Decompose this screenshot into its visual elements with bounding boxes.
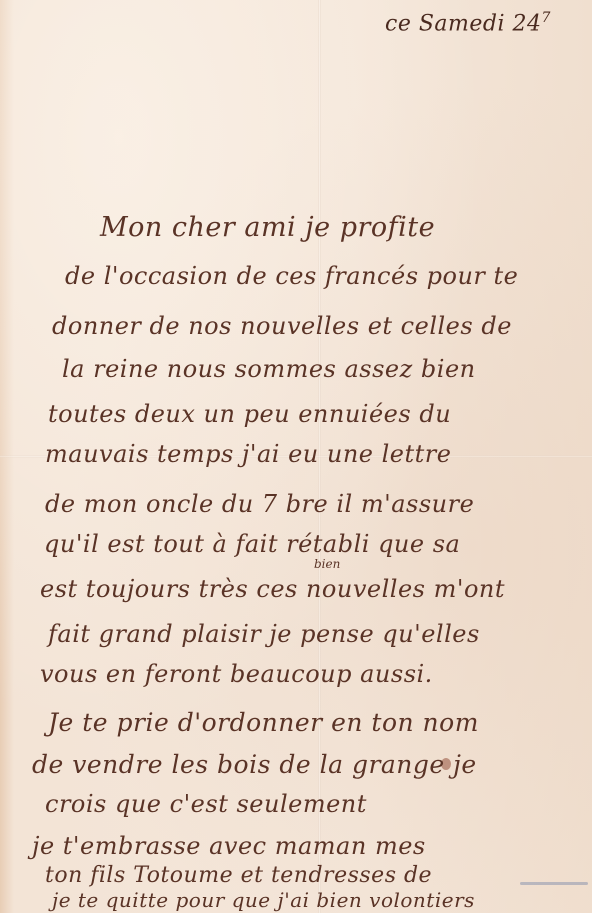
letter-line: fait grand plaisir je pense qu'elles — [48, 620, 480, 648]
interlinear-insertion: bien — [314, 557, 340, 571]
letter-line: la reine nous sommes assez bien — [62, 355, 476, 383]
letter-date: ce Samedi 247 — [385, 10, 551, 36]
letter-line: de l'occasion de ces francés pour te — [65, 262, 518, 290]
letter-line: ton fils Totoume et tendresses de — [45, 863, 432, 888]
letter-line: je te quitte pour que j'ai bien volontie… — [52, 888, 475, 912]
letter-line: je t'embrasse avec maman mes — [32, 832, 426, 860]
letter-line: Je te prie d'ordonner en ton nom — [48, 708, 479, 737]
date-day: ce Samedi — [385, 11, 505, 36]
letter-line: est toujours très ces nouvelles m'ont — [40, 575, 505, 603]
letter-line: mauvais temps j'ai eu une lettre — [45, 440, 451, 468]
letter-line: vous en feront beaucoup aussi. — [40, 660, 433, 688]
letter-line: de vendre les bois de la grange je — [32, 750, 477, 779]
date-suffix: 7 — [542, 10, 551, 26]
pencil-mark — [520, 882, 588, 885]
letter-page: ce Samedi 247 Mon cher ami je profite de… — [0, 0, 592, 913]
letter-line: de mon oncle du 7 bre il m'assure — [45, 490, 474, 518]
letter-line: qu'il est tout à fait rétabli que sa — [44, 530, 460, 558]
letter-line: crois que c'est seulement — [45, 790, 367, 818]
letter-line: donner de nos nouvelles et celles de — [52, 312, 512, 340]
date-number: 24 — [513, 11, 542, 36]
letter-line: toutes deux un peu ennuiées du — [48, 400, 451, 428]
salutation-line: Mon cher ami je profite — [100, 212, 435, 243]
